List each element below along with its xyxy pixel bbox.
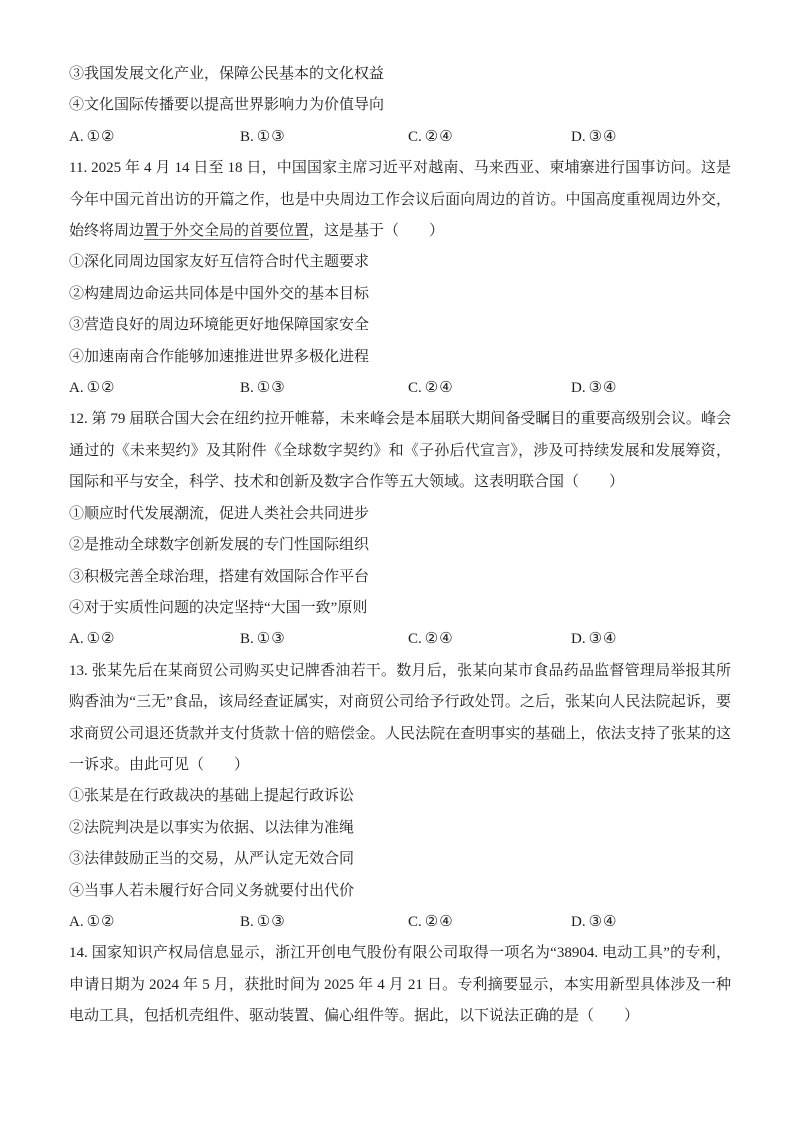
choice-d: D.③④: [571, 122, 731, 153]
choice-d: D.③④: [571, 624, 731, 655]
statement-item: ②构建周边命运共同体是中国外交的基本目标: [69, 279, 731, 310]
question-block-11: 11. 2025 年 4 月 14 日至 18 日，中国国家主席习近平对越南、马…: [69, 153, 731, 404]
statement-item: ④文化国际传播要以提高世界影响力为价值导向: [69, 90, 731, 121]
choice-b: B.①③: [240, 373, 408, 404]
question-block-14: 14. 国家知识产权局信息显示，浙江开创电气股份有限公司取得一项名为“38904…: [69, 938, 731, 1032]
choice-a: A.①②: [69, 624, 240, 655]
choice-value: ①②: [87, 129, 116, 145]
choice-label: B.: [240, 129, 254, 145]
choice-c: C.②④: [408, 907, 571, 938]
choice-value: ③④: [589, 129, 618, 145]
choice-value: ①③: [257, 129, 286, 145]
choice-a: A.①②: [69, 122, 240, 153]
choice-value: ①③: [257, 380, 286, 396]
choice-value: ③④: [589, 380, 618, 396]
statement-item: ①张某是在行政裁决的基础上提起行政诉讼: [69, 781, 731, 812]
choice-value: ③④: [589, 914, 618, 930]
choice-b: B.①③: [240, 907, 408, 938]
choice-a: A.①②: [69, 373, 240, 404]
choice-label: C.: [408, 631, 422, 647]
choice-d: D.③④: [571, 373, 731, 404]
choice-value: ①②: [87, 631, 116, 647]
statement-item: ③我国发展文化产业，保障公民基本的文化权益: [69, 59, 731, 90]
statement-item: ③法律鼓励正当的交易，从严认定无效合同: [69, 844, 731, 875]
choice-value: ②④: [425, 914, 454, 930]
question-block-13: 13. 张某先后在某商贸公司购买史记牌香油若干。数月后，张某向某市食品药品监督管…: [69, 656, 731, 939]
statement-item: ④当事人若未履行好合同义务就要付出代价: [69, 876, 731, 907]
question-13-stem: 13. 张某先后在某商贸公司购买史记牌香油若干。数月后，张某向某市食品药品监督管…: [69, 656, 731, 782]
question-11-stem: 11. 2025 年 4 月 14 日至 18 日，中国国家主席习近平对越南、马…: [69, 153, 731, 247]
question-block-12: 12. 第 79 届联合国大会在纽约拉开帷幕，未来峰会是本届联大期间备受瞩目的重…: [69, 404, 731, 655]
choice-label: C.: [408, 129, 422, 145]
choice-label: B.: [240, 631, 254, 647]
statement-item: ①深化同周边国家友好互信符合时代主题要求: [69, 247, 731, 278]
question-12-stem: 12. 第 79 届联合国大会在纽约拉开帷幕，未来峰会是本届联大期间备受瞩目的重…: [69, 404, 731, 498]
choice-label: D.: [571, 129, 586, 145]
choice-row: A.①② B.①③ C.②④ D.③④: [69, 624, 731, 655]
stem-text: ，这是基于（ ）: [309, 223, 444, 239]
choice-value: ①②: [87, 914, 116, 930]
choice-label: D.: [571, 380, 586, 396]
exam-page: ③我国发展文化产业，保障公民基本的文化权益 ④文化国际传播要以提高世界影响力为价…: [0, 0, 800, 1131]
statement-item: ②法院判决是以事实为依据、以法律为准绳: [69, 813, 731, 844]
choice-label: B.: [240, 380, 254, 396]
choice-value: ③④: [589, 631, 618, 647]
choice-label: A.: [69, 631, 84, 647]
statement-item: ②是推动全球数字创新发展的专门性国际组织: [69, 530, 731, 561]
choice-value: ②④: [425, 631, 454, 647]
choice-value: ①②: [87, 380, 116, 396]
choice-label: D.: [571, 914, 586, 930]
choice-c: C.②④: [408, 624, 571, 655]
question-block-10: ③我国发展文化产业，保障公民基本的文化权益 ④文化国际传播要以提高世界影响力为价…: [69, 59, 731, 153]
choice-label: B.: [240, 914, 254, 930]
choice-label: A.: [69, 129, 84, 145]
choice-label: A.: [69, 380, 84, 396]
stem-underlined-phrase: 置于外交全局的首要位置: [144, 223, 309, 240]
choice-value: ②④: [425, 380, 454, 396]
statement-item: ③营造良好的周边环境能更好地保障国家安全: [69, 310, 731, 341]
choice-value: ①③: [257, 631, 286, 647]
choice-label: C.: [408, 914, 422, 930]
choice-value: ①③: [257, 914, 286, 930]
statement-item: ①顺应时代发展潮流，促进人类社会共同进步: [69, 499, 731, 530]
choice-label: A.: [69, 914, 84, 930]
statement-item: ④对于实质性问题的决定坚持“大国一致”原则: [69, 593, 731, 624]
choice-row: A.①② B.①③ C.②④ D.③④: [69, 907, 731, 938]
statement-item: ④加速南南合作能够加速推进世界多极化进程: [69, 342, 731, 373]
choice-d: D.③④: [571, 907, 731, 938]
question-14-stem: 14. 国家知识产权局信息显示，浙江开创电气股份有限公司取得一项名为“38904…: [69, 938, 731, 1032]
choice-value: ②④: [425, 129, 454, 145]
choice-label: C.: [408, 380, 422, 396]
choice-b: B.①③: [240, 624, 408, 655]
choice-row: A.①② B.①③ C.②④ D.③④: [69, 373, 731, 404]
choice-c: C.②④: [408, 122, 571, 153]
choice-c: C.②④: [408, 373, 571, 404]
choice-a: A.①②: [69, 907, 240, 938]
choice-label: D.: [571, 631, 586, 647]
choice-row: A.①② B.①③ C.②④ D.③④: [69, 122, 731, 153]
statement-item: ③积极完善全球治理，搭建有效国际合作平台: [69, 562, 731, 593]
choice-b: B.①③: [240, 122, 408, 153]
